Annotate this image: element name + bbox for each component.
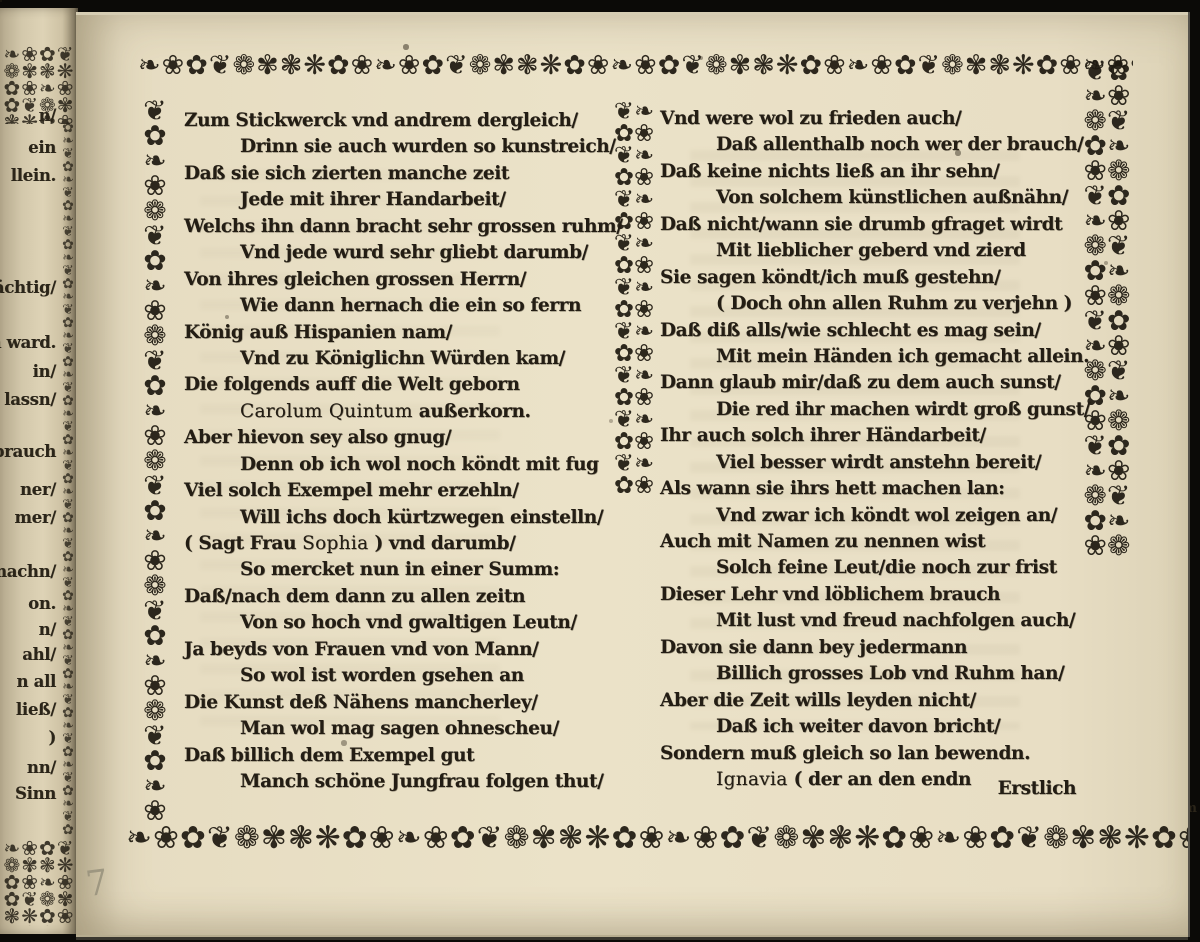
verse-line: Billich grosses Lob vnd Ruhm han/ bbox=[660, 661, 1084, 687]
verse-line: Daß/nach dem dann zu allen zeitn bbox=[184, 584, 610, 610]
verse-line: ( Doch ohn allen Ruhm zu verjehn ) bbox=[660, 291, 1084, 317]
verse-line: Daß billich dem Exempel gut bbox=[184, 743, 610, 769]
verse-line: Viel besser wirdt anstehn bereit/ bbox=[660, 450, 1084, 476]
verse-line: Denn ob ich wol noch köndt mit fug bbox=[184, 452, 610, 478]
verse-line: König auß Hispanien nam/ bbox=[184, 320, 610, 346]
ornamental-border-bottom: ❧❀✿❦❁✾❃❋✿❀❧❀✿❦❁✾❃❋✿❀❧❀✿❦❁✾❃❋✿❀❧❀✿❦❁✾❃❋✿❀… bbox=[126, 824, 1188, 916]
verse-line: Vnd were wol zu frieden auch/ bbox=[660, 106, 1084, 132]
verse-line: Sondern muß gleich so lan bewendn. bbox=[660, 741, 1084, 767]
verse-line: Daß nicht/wann sie drumb gfraget wirdt bbox=[660, 212, 1084, 238]
ornamental-column-divider: ❦❧✿❀❦❧✿❀❦❧✿❀❦❧✿❀❦❧✿❀❦❧✿❀❦❧✿❀❦❧✿❀❦❧✿❀ bbox=[613, 100, 655, 806]
verse-line: Wie dann hernach die ein so ferrn bbox=[184, 293, 610, 319]
verse-line: Ja beyds von Frauen vnd von Mann/ bbox=[184, 637, 610, 663]
verse-line: Vnd zwar ich köndt wol zeigen an/ bbox=[660, 503, 1084, 529]
verse-line: Man wol mag sagen ohnescheu/ bbox=[184, 716, 610, 742]
antiqua-word: Carolum Quintum bbox=[240, 401, 413, 422]
verse-line: Mit lust vnd freud nachfolgen auch/ bbox=[660, 608, 1084, 634]
verse-column-left: Zum Stickwerck vnd andrem dergleich/Drin… bbox=[184, 108, 610, 795]
verse-line: Die Kunst deß Nähens mancherley/ bbox=[184, 690, 610, 716]
verse-line: Davon sie dann bey jedermann bbox=[660, 635, 1084, 661]
verse-line: Daß keine nichts ließ an ihr sehn/ bbox=[660, 159, 1084, 185]
verse-line: Die red ihr machen wirdt groß gunst/ bbox=[660, 397, 1084, 423]
verse-line: Aber hievon sey also gnug/ bbox=[184, 425, 610, 451]
verse-line: Auch mit Namen zu nennen wist bbox=[660, 529, 1084, 555]
antiqua-word: Sophia bbox=[302, 533, 368, 554]
verse-line: Dieser Lehr vnd löblichem brauch bbox=[660, 582, 1084, 608]
antiqua-word: Ignavia bbox=[716, 769, 788, 790]
verse-line: Mit mein Händen ich gemacht allein. bbox=[660, 344, 1084, 370]
verse-line: Die folgends auff die Welt geborn bbox=[184, 372, 610, 398]
verse-line: ( Sagt Frau Sophia ) vnd darumb/ bbox=[184, 531, 610, 557]
verse-line: Daß allenthalb noch wer der brauch/ bbox=[660, 132, 1084, 158]
verse-column-right: Vnd were wol zu frieden auch/Daß allenth… bbox=[660, 106, 1084, 793]
verse-line: Von ihres gleichen grossen Herrn/ bbox=[184, 267, 610, 293]
verse-line: So wol ist worden gsehen an bbox=[184, 663, 610, 689]
verse-line: Daß diß alls/wie schlecht es mag sein/ bbox=[660, 318, 1084, 344]
verse-line: Manch schöne Jungfrau folgen thut/ bbox=[184, 769, 610, 795]
verse-line: Ihr auch solch ihrer Händarbeit/ bbox=[660, 423, 1084, 449]
verse-line: Solch feine Leut/die noch zur frist bbox=[660, 555, 1084, 581]
verse-line: Als wann sie ihrs hett machen lan: bbox=[660, 476, 1084, 502]
verse-line: Von solchem künstlichen außnähn/ bbox=[660, 185, 1084, 211]
previous-page-ornament-band-bottom: ❧❀✿❦❁✾❃❋✿❀❧❀✿❦❁✾❃❋✿❀❧❀✿❦❁✾❃❋✿❀❧❀✿❦❁✾❃❋✿❀… bbox=[0, 840, 78, 926]
verse-line: Daß ich weiter davon bricht/ bbox=[660, 714, 1084, 740]
verse-line: Zum Stickwerck vnd andrem dergleich/ bbox=[184, 108, 610, 134]
previous-page-ornament-edge: ✿❧❦✿❧❦✿❧❦✿❧❦✿❧❦✿❧❦✿❧❦✿❧❦✿❧❦✿❧❦✿❧❦✿❧❦✿❧❦✿… bbox=[58, 122, 78, 838]
pencil-page-number: 7 bbox=[84, 863, 111, 905]
verse-line: Jede mit ihrer Handarbeit/ bbox=[184, 187, 610, 213]
verse-line: Will ichs doch kürtzwegen einstelln/ bbox=[184, 505, 610, 531]
verse-line: Drinn sie auch wurden so kunstreich/ bbox=[184, 134, 610, 160]
verse-line: Viel solch Exempel mehr erzehln/ bbox=[184, 478, 610, 504]
verse-line: Dann glaub mir/daß zu dem auch sunst/ bbox=[660, 370, 1084, 396]
verse-line: Von so hoch vnd gwaltigen Leutn/ bbox=[184, 610, 610, 636]
verse-line: Mit lieblicher geberd vnd zierd bbox=[660, 238, 1084, 264]
verse-line: Aber die Zeit wills leyden nicht/ bbox=[660, 688, 1084, 714]
verse-line: So mercket nun in einer Summ: bbox=[184, 557, 610, 583]
catchword: Erstlich bbox=[958, 778, 1076, 799]
verse-line: Vnd jede wurd sehr gliebt darumb/ bbox=[184, 240, 610, 266]
verse-line: Daß sie sich zierten manche zeit bbox=[184, 161, 610, 187]
verse-line: Welchs ihn dann bracht sehr grossen ruhm… bbox=[184, 214, 610, 240]
previous-page-edge: ❧❀✿❦❁✾❃❋✿❀❧❀✿❦❁✾❃❋✿❀❧❀✿❦❁✾❃❋✿❀❧❀✿❦❁✾❃❋✿❀… bbox=[0, 8, 78, 934]
verse-line: Carolum Quintum außerkorn. bbox=[184, 399, 610, 425]
ornamental-border-top: ❧❀✿❦❁✾❃❋✿❀❧❀✿❦❁✾❃❋✿❀❧❀✿❦❁✾❃❋✿❀❧❀✿❦❁✾❃❋✿❀… bbox=[138, 54, 1133, 104]
verse-line: Sie sagen köndt/ich muß gestehn/ bbox=[660, 265, 1084, 291]
ornamental-border-right: ❦✿❧❀❁❦✿❧❀❁❦✿❧❀❁❦✿❧❀❁❦✿❧❀❁❦✿❧❀❁❦✿❧❀❁❦✿❧❀❁ bbox=[1082, 58, 1132, 846]
previous-page-ornament-band-top: ❧❀✿❦❁✾❃❋✿❀❧❀✿❦❁✾❃❋✿❀❧❀✿❦❁✾❃❋✿❀❧❀✿❦❁✾❃❋✿❀… bbox=[0, 46, 78, 124]
foxing-specks bbox=[0, 0, 2, 2]
ornamental-border-left: ❦✿❧❀❁❦✿❧❀❁❦✿❧❀❁❦✿❧❀❁❦✿❧❀❁❦✿❧❀❁❦✿❧❀❁❦✿❧❀❁ bbox=[132, 98, 178, 822]
book-scan: { "page": { "pencil_number": "7", "catch… bbox=[0, 0, 1200, 942]
verse-line: Vnd zu Königlichn Würden kam/ bbox=[184, 346, 610, 372]
